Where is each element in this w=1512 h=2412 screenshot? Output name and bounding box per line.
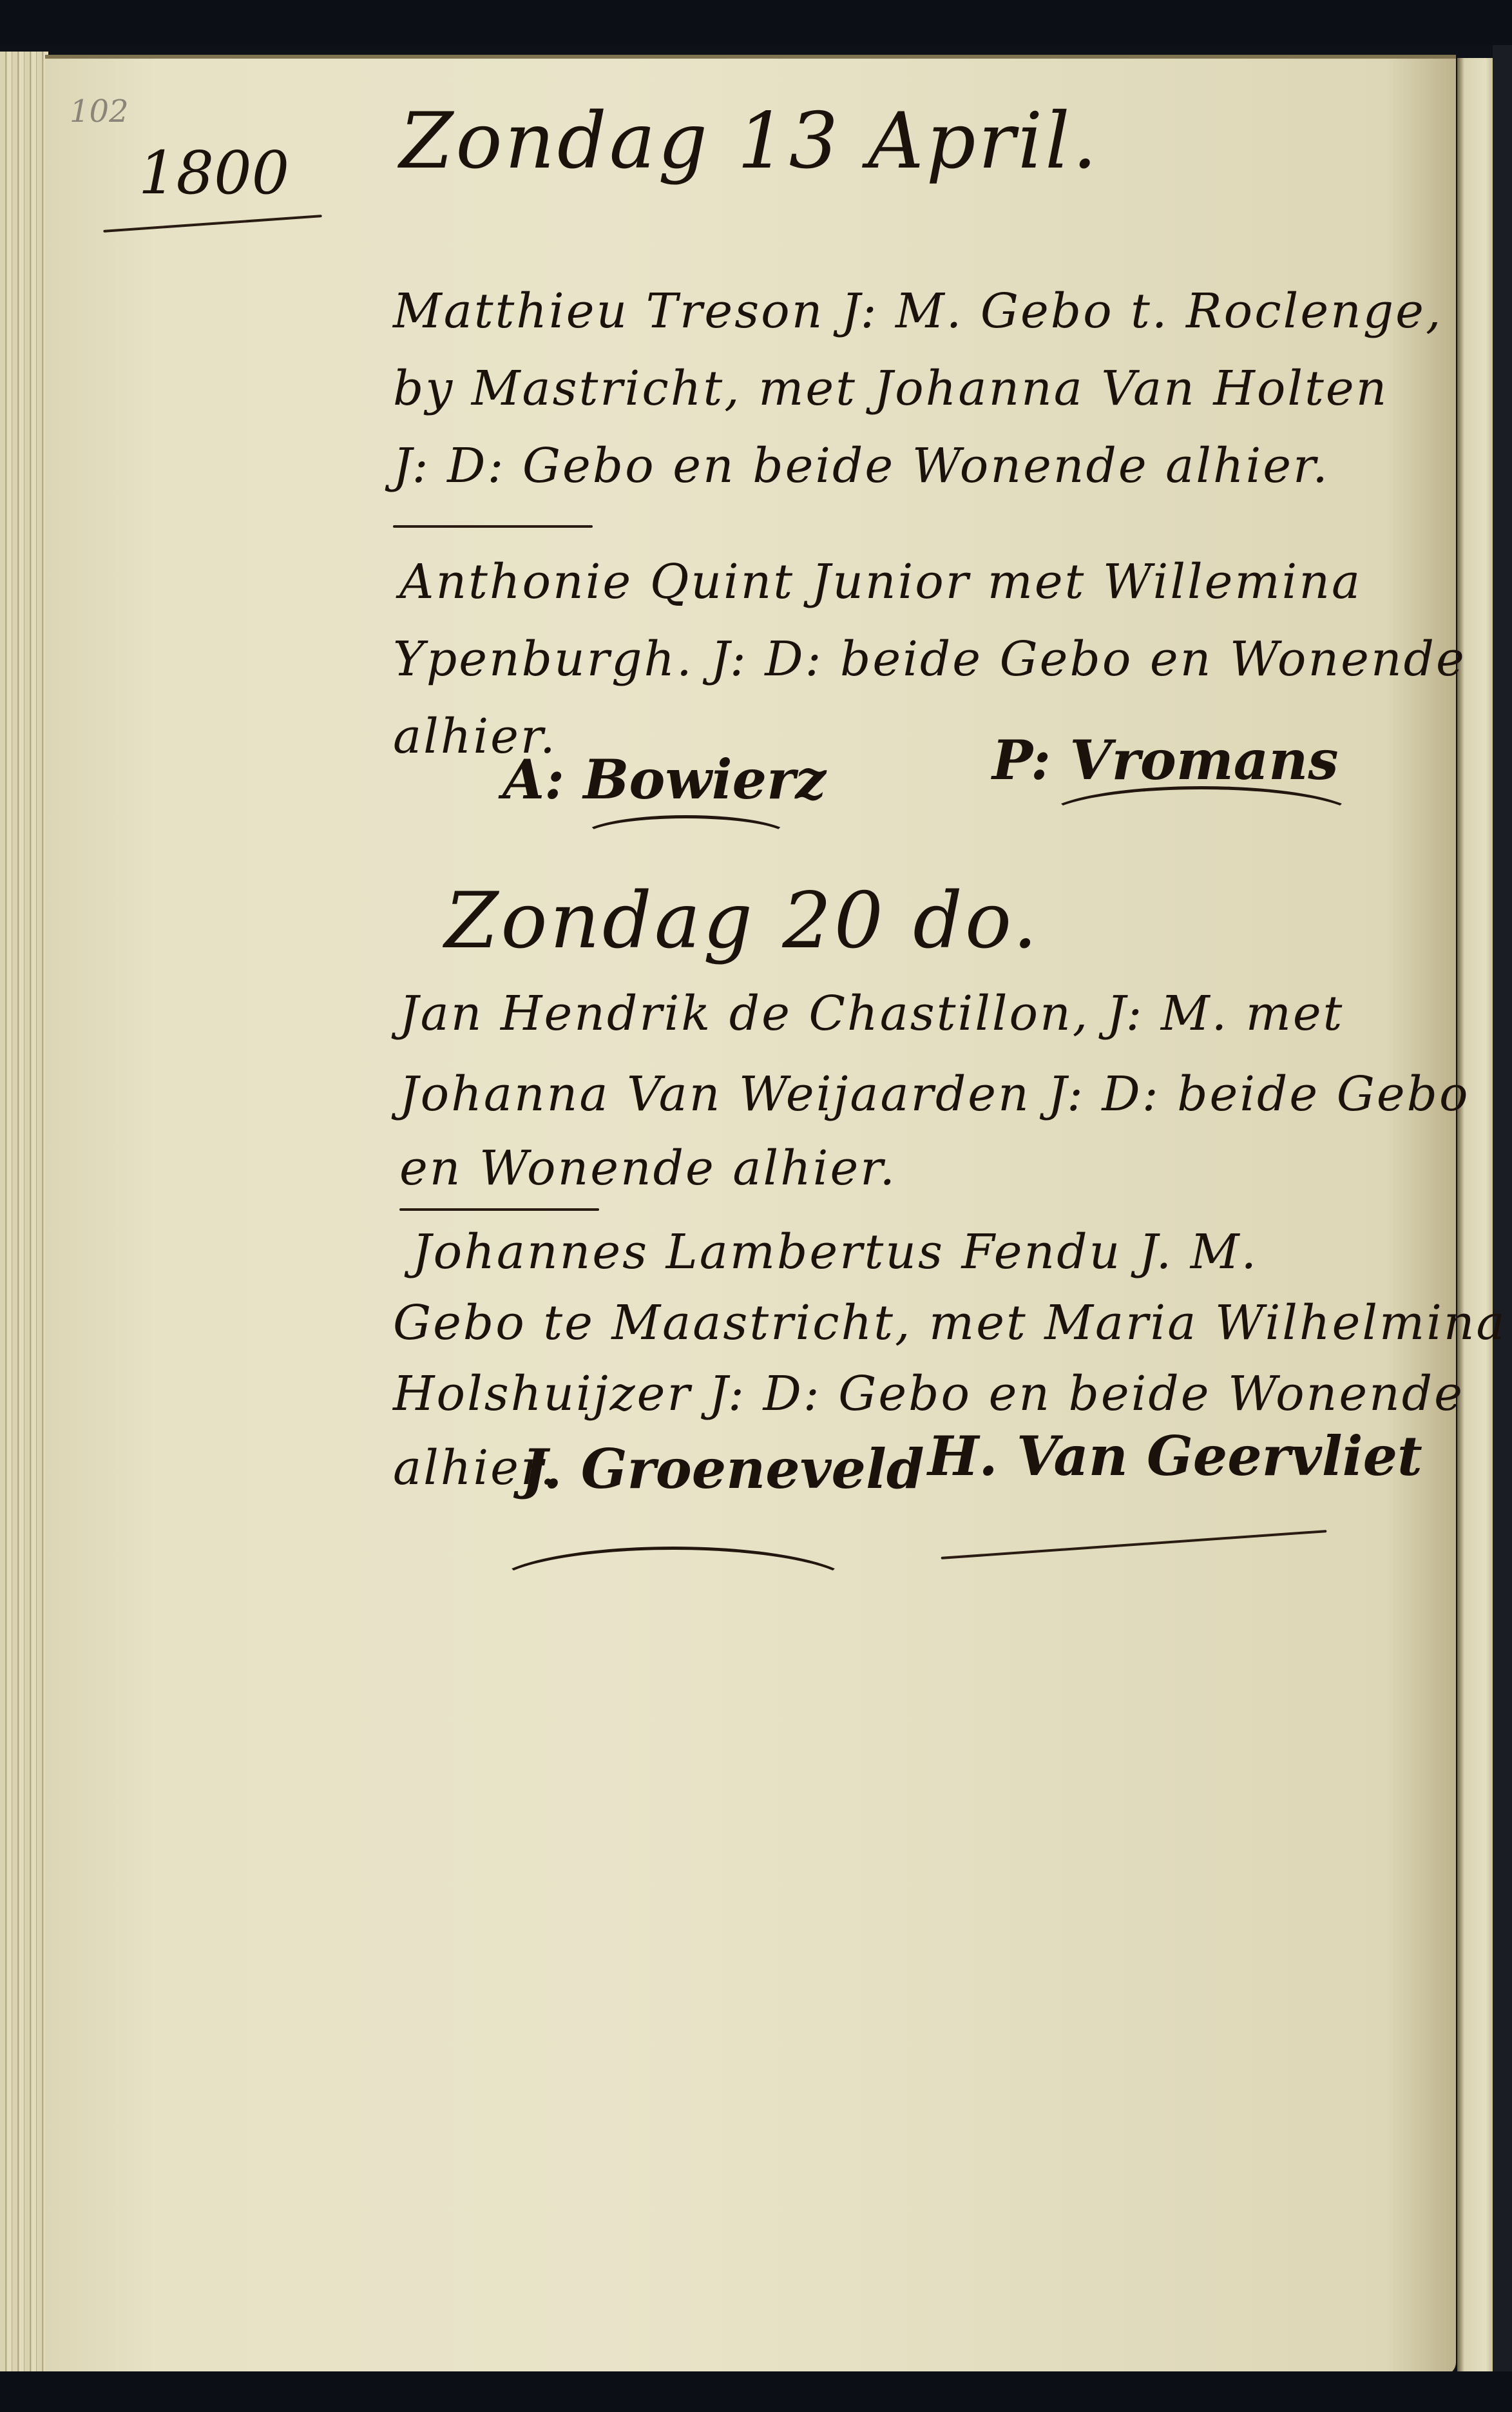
signature-2: P: Vromans [992,728,1339,792]
section-heading-2: Zondag 20 do. [445,876,1040,966]
entry-2-line-1: Anthonie Quint Junior met Willemina [399,554,1362,610]
folio-number: 102 [70,93,129,130]
entry-3-line-2: Johanna Van Weijaarden J: D: beide Gebo [399,1066,1470,1122]
signature-1: A: Bowierz [502,748,826,811]
entry-4-line-2: Gebo te Maastricht, met Maria Wilhelmina [393,1295,1507,1351]
page-stack-edges [0,52,48,2371]
signature-4: H. Van Geervliet [928,1424,1422,1488]
signature-3: J. Groeneveld [522,1437,924,1501]
signature-1-flourish [580,815,792,860]
entry-1-line-1: Matthieu Treson J: M. Gebo t. Roclenge, [393,284,1442,339]
entry-3-line-3: en Wonende alhier. [399,1141,897,1196]
signature-3-flourish [490,1547,857,1630]
entry-1-underline [393,525,593,528]
entry-3-underline [399,1208,599,1211]
scan-background-right [1493,45,1512,2378]
entry-2-line-2: Ypenburgh. J: D: beide Gebo en Wonende [393,632,1466,687]
entry-1-line-3: J: D: Gebo en beide Wonende alhier. [393,438,1330,494]
entry-3-line-1: Jan Hendrik de Chastillon, J: M. met [399,986,1344,1041]
next-page-edge [1457,58,1493,2371]
scan-background-bottom [0,2371,1512,2412]
scan-background-top [0,0,1512,45]
entry-4-line-3: Holshuijzer J: D: Gebo en beide Wonende [393,1366,1464,1422]
entry-1-line-2: by Mastricht, met Johanna Van Holten [393,361,1388,416]
section-heading-1: Zondag 13 April. [399,97,1100,186]
signature-2-flourish [1044,786,1359,851]
entry-4-line-1: Johannes Lambertus Fendu J. M. [412,1224,1258,1280]
year-label: 1800 [139,139,289,207]
